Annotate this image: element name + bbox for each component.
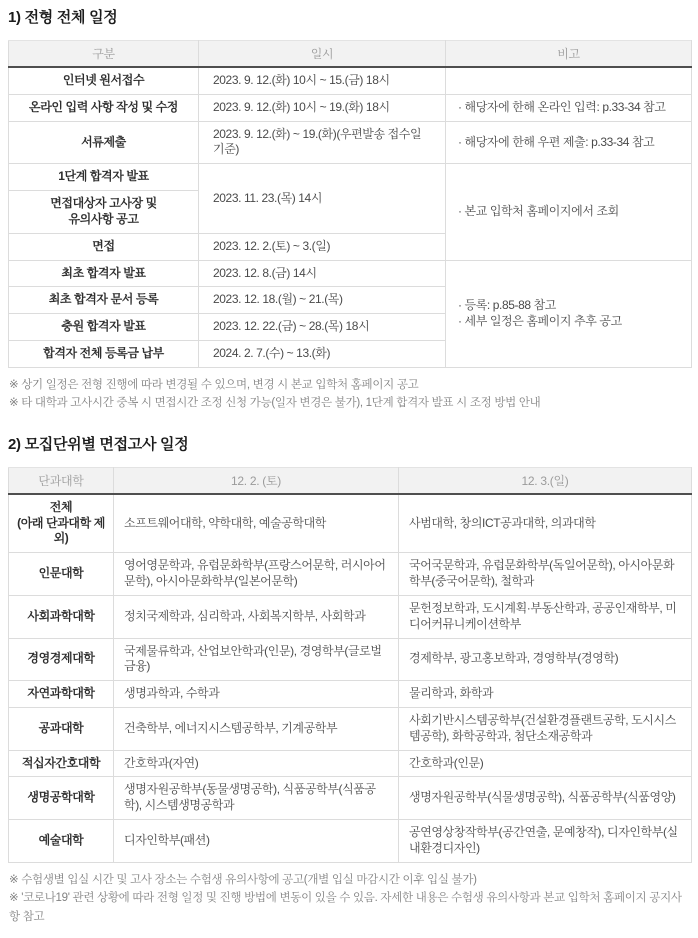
column-header-day2: 12. 3.(일)	[399, 467, 692, 494]
column-header-datetime: 일시	[199, 41, 446, 68]
table-row: 자연과학대학 생명과학과, 수학과 물리학과, 화학과	[9, 681, 692, 708]
day1-cell: 국제물류학과, 산업보안학과(인문), 경영학부(글로벌금융)	[114, 638, 399, 681]
college-cell: 자연과학대학	[9, 681, 114, 708]
remark-cell: · 해당자에 한해 온라인 입력: p.33-34 참고	[446, 94, 692, 121]
category-cell: 온라인 입력 사항 작성 및 수정	[9, 94, 199, 121]
day2-cell: 물리학과, 화학과	[399, 681, 692, 708]
day1-cell: 간호학과(자연)	[114, 750, 399, 777]
column-header-category: 구분	[9, 41, 199, 68]
datetime-cell: 2023. 9. 12.(화) ~ 19.(화)(우편발송 접수일 기준)	[199, 121, 446, 164]
datetime-cell: 2023. 12. 2.(토) ~ 3.(일)	[199, 233, 446, 260]
table-row: 사회과학대학 정치국제학과, 심리학과, 사회복지학부, 사회학과 문헌정보학과…	[9, 595, 692, 638]
college-cell: 공과대학	[9, 708, 114, 751]
overall-table-header-row: 구분 일시 비고	[9, 41, 692, 68]
remark-cell	[446, 67, 692, 94]
remark-cell: · 본교 입학처 홈페이지에서 조회	[446, 164, 692, 260]
day1-cell: 디자인학부(패션)	[114, 820, 399, 863]
section1-title: 1) 전형 전체 일정	[8, 6, 691, 27]
note: ※ 상기 일정은 전형 진행에 따라 변경될 수 있으며, 변경 시 본교 입학…	[9, 376, 691, 394]
note: ※ '코로나19' 관련 상황에 따라 전형 일정 및 진행 방법에 변동이 있…	[9, 889, 691, 926]
column-header-college: 단과대학	[9, 467, 114, 494]
datetime-cell: 2023. 12. 22.(금) ~ 28.(목) 18시	[199, 314, 446, 341]
table-row: 서류제출 2023. 9. 12.(화) ~ 19.(화)(우편발송 접수일 기…	[9, 121, 692, 164]
day2-cell: 사회기반시스템공학부(건설환경플랜트공학, 도시시스템공학), 화학공학과, 첨…	[399, 708, 692, 751]
table-row: 인문대학 영어영문학과, 유럽문화학부(프랑스어문학, 러시아어문학), 아시아…	[9, 553, 692, 596]
college-cell: 예술대학	[9, 820, 114, 863]
interview-table-header-row: 단과대학 12. 2. (토) 12. 3.(일)	[9, 467, 692, 494]
category-cell: 인터넷 원서접수	[9, 67, 199, 94]
day1-cell: 정치국제학과, 심리학과, 사회복지학부, 사회학과	[114, 595, 399, 638]
datetime-cell: 2023. 12. 18.(월) ~ 21.(목)	[199, 287, 446, 314]
datetime-cell: 2023. 9. 12.(화) 10시 ~ 15.(금) 18시	[199, 67, 446, 94]
table-row: 적십자간호대학 간호학과(자연) 간호학과(인문)	[9, 750, 692, 777]
college-cell: 생명공학대학	[9, 777, 114, 820]
college-cell: 인문대학	[9, 553, 114, 596]
day2-cell: 생명자원공학부(식물생명공학), 식품공학부(식품영양)	[399, 777, 692, 820]
datetime-cell: 2023. 12. 8.(금) 14시	[199, 260, 446, 287]
section2-title: 2) 모집단위별 면접고사 일정	[8, 433, 691, 454]
day1-cell: 건축학부, 에너지시스템공학부, 기계공학부	[114, 708, 399, 751]
day2-cell: 사범대학, 창의ICT공과대학, 의과대학	[399, 494, 692, 553]
category-cell: 최초 합격자 문서 등록	[9, 287, 199, 314]
table-row: 1단계 합격자 발표 2023. 11. 23.(목) 14시 · 본교 입학처…	[9, 164, 692, 191]
note: ※ 수험생별 입실 시간 및 고사 장소는 수험생 유의사항에 공고(개별 입실…	[9, 871, 691, 889]
day1-cell: 영어영문학과, 유럽문화학부(프랑스어문학, 러시아어문학), 아시아문화학부(…	[114, 553, 399, 596]
category-cell: 1단계 합격자 발표	[9, 164, 199, 191]
day1-cell: 소프트웨어대학, 약학대학, 예술공학대학	[114, 494, 399, 553]
interview-schedule-table: 단과대학 12. 2. (토) 12. 3.(일) 전체 (아래 단과대학 제외…	[8, 467, 692, 863]
day2-cell: 문헌정보학과, 도시계획·부동산학과, 공공인재학부, 미디어커뮤니케이션학부	[399, 595, 692, 638]
category-cell: 최초 합격자 발표	[9, 260, 199, 287]
datetime-cell: 2024. 2. 7.(수) ~ 13.(화)	[199, 341, 446, 368]
category-cell: 서류제출	[9, 121, 199, 164]
remark-cell: · 해당자에 한해 우편 제출: p.33-34 참고	[446, 121, 692, 164]
category-cell: 면접	[9, 233, 199, 260]
section1-notes: ※ 상기 일정은 전형 진행에 따라 변경될 수 있으며, 변경 시 본교 입학…	[9, 376, 691, 413]
table-row: 공과대학 건축학부, 에너지시스템공학부, 기계공학부 사회기반시스템공학부(건…	[9, 708, 692, 751]
overall-schedule-table: 구분 일시 비고 인터넷 원서접수 2023. 9. 12.(화) 10시 ~ …	[8, 40, 692, 368]
datetime-cell: 2023. 9. 12.(화) 10시 ~ 19.(화) 18시	[199, 94, 446, 121]
category-cell: 합격자 전체 등록금 납부	[9, 341, 199, 368]
column-header-remark: 비고	[446, 41, 692, 68]
category-cell: 면접대상자 고사장 및 유의사항 공고	[9, 191, 199, 234]
datetime-cell: 2023. 11. 23.(목) 14시	[199, 164, 446, 233]
remark-cell: · 등록: p.85-88 참고 · 세부 일정은 홈페이지 추후 공고	[446, 260, 692, 367]
day2-cell: 경제학부, 광고홍보학과, 경영학부(경영학)	[399, 638, 692, 681]
column-header-day1: 12. 2. (토)	[114, 467, 399, 494]
table-row: 온라인 입력 사항 작성 및 수정 2023. 9. 12.(화) 10시 ~ …	[9, 94, 692, 121]
college-cell: 사회과학대학	[9, 595, 114, 638]
category-cell: 충원 합격자 발표	[9, 314, 199, 341]
table-row: 최초 합격자 발표 2023. 12. 8.(금) 14시 · 등록: p.85…	[9, 260, 692, 287]
table-row: 전체 (아래 단과대학 제외) 소프트웨어대학, 약학대학, 예술공학대학 사범…	[9, 494, 692, 553]
college-cell: 경영경제대학	[9, 638, 114, 681]
admission-schedule-page: 1) 전형 전체 일정 구분 일시 비고 인터넷 원서접수 2023. 9. 1…	[0, 0, 698, 938]
day1-cell: 생명과학과, 수학과	[114, 681, 399, 708]
day2-cell: 공연영상창작학부(공간연출, 문예창작), 디자인학부(실내환경디자인)	[399, 820, 692, 863]
day2-cell: 간호학과(인문)	[399, 750, 692, 777]
section2-notes: ※ 수험생별 입실 시간 및 고사 장소는 수험생 유의사항에 공고(개별 입실…	[9, 871, 691, 926]
day1-cell: 생명자원공학부(동물생명공학), 식품공학부(식품공학), 시스템생명공학과	[114, 777, 399, 820]
table-row: 인터넷 원서접수 2023. 9. 12.(화) 10시 ~ 15.(금) 18…	[9, 67, 692, 94]
table-row: 경영경제대학 국제물류학과, 산업보안학과(인문), 경영학부(글로벌금융) 경…	[9, 638, 692, 681]
college-cell: 적십자간호대학	[9, 750, 114, 777]
day2-cell: 국어국문학과, 유럽문화학부(독일어문학), 아시아문화학부(중국어문학), 철…	[399, 553, 692, 596]
table-row: 예술대학 디자인학부(패션) 공연영상창작학부(공간연출, 문예창작), 디자인…	[9, 820, 692, 863]
note: ※ 타 대학과 고사시간 중복 시 면접시간 조정 신청 가능(일자 변경은 불…	[9, 394, 691, 412]
college-cell: 전체 (아래 단과대학 제외)	[9, 494, 114, 553]
table-row: 생명공학대학 생명자원공학부(동물생명공학), 식품공학부(식품공학), 시스템…	[9, 777, 692, 820]
